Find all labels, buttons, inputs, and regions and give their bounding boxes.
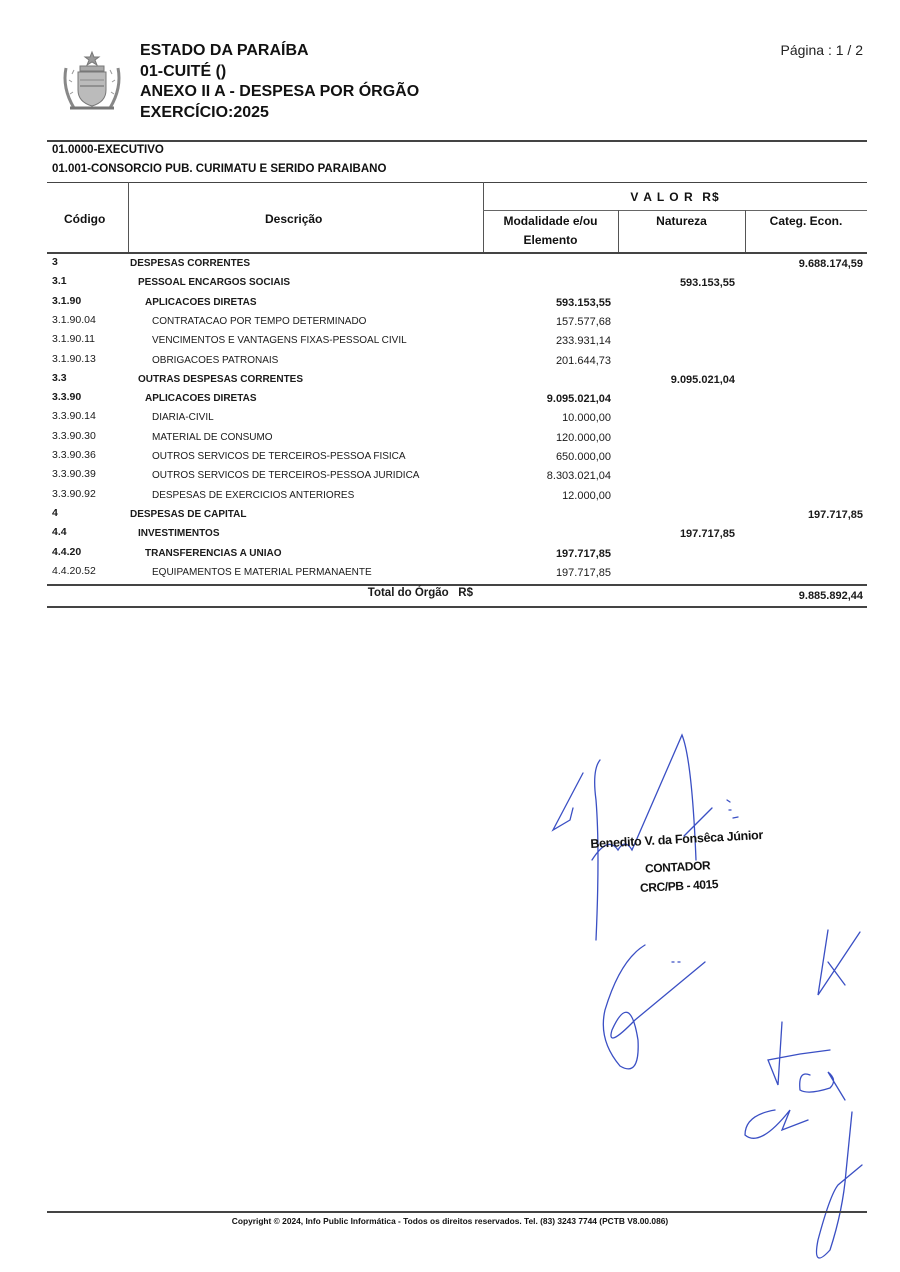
row-code: 4.4 xyxy=(52,526,67,538)
total-top-rule xyxy=(47,584,867,586)
row-code: 3 xyxy=(52,256,58,268)
row-description: MATERIAL DE CONSUMO xyxy=(152,432,273,443)
row-code: 3.3.90 xyxy=(52,391,81,403)
row-code: 3.1.90.04 xyxy=(52,314,96,326)
signatory-role: CONTADOR xyxy=(645,858,711,875)
header-divider xyxy=(47,140,867,142)
column-header-description: Descrição xyxy=(265,212,322,226)
row-description: DESPESAS DE CAPITAL xyxy=(130,509,247,520)
row-description: EQUIPAMENTOS E MATERIAL PERMANAENTE xyxy=(152,567,372,578)
row-modality-value: 197.717,85 xyxy=(471,548,611,560)
row-modality-value: 120.000,00 xyxy=(471,432,611,444)
row-description: TRANSFERENCIAS A UNIAO xyxy=(145,548,281,559)
row-code: 3.1.90.13 xyxy=(52,353,96,365)
table-header-bottom-rule xyxy=(47,252,867,254)
table-row: 3.1.90.11VENCIMENTOS E VANTAGENS FIXAS-P… xyxy=(0,333,900,352)
column-header-value-group: V A L O R R$ xyxy=(483,190,867,204)
row-modality-value: 650.000,00 xyxy=(471,451,611,463)
row-description: OBRIGACOES PATRONAIS xyxy=(152,355,278,366)
row-category-value: 197.717,85 xyxy=(723,509,863,521)
table-row: 3DESPESAS CORRENTES9.688.174,59 xyxy=(0,256,900,275)
row-description: OUTROS SERVICOS DE TERCEIROS-PESSOA FISI… xyxy=(152,451,406,462)
row-code: 4.4.20.52 xyxy=(52,565,96,577)
row-nature-value: 9.095.021,04 xyxy=(595,374,735,386)
row-code: 3.3.90.92 xyxy=(52,488,96,500)
signatory-registration: CRC/PB - 4015 xyxy=(640,877,719,895)
row-code: 4.4.20 xyxy=(52,546,81,558)
fiscal-year: EXERCÍCIO:2025 xyxy=(140,103,419,124)
row-description: VENCIMENTOS E VANTAGENS FIXAS-PESSOAL CI… xyxy=(152,335,407,346)
row-modality-value: 233.931,14 xyxy=(471,335,611,347)
row-nature-value: 593.153,55 xyxy=(595,277,735,289)
row-modality-value: 10.000,00 xyxy=(471,412,611,424)
table-row: 4.4.20TRANSFERENCIAS A UNIAO197.717,85 xyxy=(0,546,900,565)
row-modality-value: 157.577,68 xyxy=(471,316,611,328)
coat-of-arms-icon xyxy=(58,50,126,116)
row-code: 3.3.90.30 xyxy=(52,430,96,442)
footer-divider xyxy=(47,1211,867,1213)
modality-line2: Elemento xyxy=(483,233,618,247)
row-description: INVESTIMENTOS xyxy=(138,528,220,539)
row-modality-value: 12.000,00 xyxy=(471,490,611,502)
modality-line1: Modalidade e/ou xyxy=(483,214,618,228)
row-description: DESPESAS DE EXERCICIOS ANTERIORES xyxy=(152,490,354,501)
table-row: 3.1PESSOAL ENCARGOS SOCIAIS593.153,55 xyxy=(0,275,900,294)
total-value: 9.885.892,44 xyxy=(799,590,863,602)
table-row: 4DESPESAS DE CAPITAL197.717,85 xyxy=(0,507,900,526)
table-row: 3.3.90.36OUTROS SERVICOS DE TERCEIROS-PE… xyxy=(0,449,900,468)
municipality-title: 01-CUITÉ () xyxy=(140,62,419,83)
table-row: 4.4INVESTIMENTOS197.717,85 xyxy=(0,526,900,545)
row-description: DIARIA-CIVIL xyxy=(152,412,214,423)
column-header-category: Categ. Econ. xyxy=(745,214,867,228)
row-modality-value: 201.644,73 xyxy=(471,355,611,367)
footer-copyright: Copyright © 2024, Info Public Informátic… xyxy=(0,1216,900,1226)
row-code: 3.3.90.14 xyxy=(52,410,96,422)
value-group-rule xyxy=(483,210,867,211)
row-description: APLICACOES DIRETAS xyxy=(145,393,257,404)
row-description: CONTRATACAO POR TEMPO DETERMINADO xyxy=(152,316,366,327)
table-row: 3.3.90.30MATERIAL DE CONSUMO120.000,00 xyxy=(0,430,900,449)
row-code: 3.1.90 xyxy=(52,295,81,307)
table-row: 3.3OUTRAS DESPESAS CORRENTES9.095.021,04 xyxy=(0,372,900,391)
table-top-rule xyxy=(47,182,867,183)
row-description: DESPESAS CORRENTES xyxy=(130,258,250,269)
organization-unit: 01.001-CONSORCIO PUB. CURIMATU E SERIDO … xyxy=(52,163,386,175)
row-code: 4 xyxy=(52,507,58,519)
row-code: 3.1.90.11 xyxy=(52,333,95,345)
row-code: 3.3 xyxy=(52,372,67,384)
row-description: OUTRAS DESPESAS CORRENTES xyxy=(138,374,303,385)
table-row: 3.1.90APLICACOES DIRETAS593.153,55 xyxy=(0,295,900,314)
row-modality-value: 9.095.021,04 xyxy=(471,393,611,405)
table-row: 3.3.90APLICACOES DIRETAS9.095.021,04 xyxy=(0,391,900,410)
row-code: 3.3.90.39 xyxy=(52,468,96,480)
annex-title: ANEXO II A - DESPESA POR ÓRGÃO xyxy=(140,82,419,103)
table-row: 3.1.90.04CONTRATACAO POR TEMPO DETERMINA… xyxy=(0,314,900,333)
row-description: PESSOAL ENCARGOS SOCIAIS xyxy=(138,277,290,288)
column-divider xyxy=(128,182,129,252)
report-header: ESTADO DA PARAÍBA 01-CUITÉ () ANEXO II A… xyxy=(140,41,419,123)
table-row: 3.1.90.13OBRIGACOES PATRONAIS201.644,73 xyxy=(0,353,900,372)
table-row: 3.3.90.92DESPESAS DE EXERCICIOS ANTERIOR… xyxy=(0,488,900,507)
column-header-nature: Natureza xyxy=(618,214,745,228)
row-description: APLICACOES DIRETAS xyxy=(145,297,257,308)
row-nature-value: 197.717,85 xyxy=(595,528,735,540)
table-row: 3.3.90.14DIARIA-CIVIL10.000,00 xyxy=(0,410,900,429)
row-code: 3.1 xyxy=(52,275,67,287)
table-row: 4.4.20.52EQUIPAMENTOS E MATERIAL PERMANA… xyxy=(0,565,900,584)
column-header-modality: Modalidade e/ou Elemento xyxy=(483,214,618,247)
state-title: ESTADO DA PARAÍBA xyxy=(140,41,419,62)
row-description: OUTROS SERVICOS DE TERCEIROS-PESSOA JURI… xyxy=(152,470,419,481)
total-label: Total do Órgão R$ xyxy=(368,587,473,599)
row-modality-value: 593.153,55 xyxy=(471,297,611,309)
row-code: 3.3.90.36 xyxy=(52,449,96,461)
column-header-code: Código xyxy=(64,212,105,226)
row-category-value: 9.688.174,59 xyxy=(723,258,863,270)
signatory-name: Benedito V. da Fonsêca Júnior xyxy=(590,828,763,851)
row-modality-value: 197.717,85 xyxy=(471,567,611,579)
page-indicator: Página : 1 / 2 xyxy=(780,42,863,58)
table-row: 3.3.90.39OUTROS SERVICOS DE TERCEIROS-PE… xyxy=(0,468,900,487)
row-modality-value: 8.303.021,04 xyxy=(471,470,611,482)
organization-body: 01.0000-EXECUTIVO xyxy=(52,144,164,156)
total-bottom-rule xyxy=(47,606,867,608)
